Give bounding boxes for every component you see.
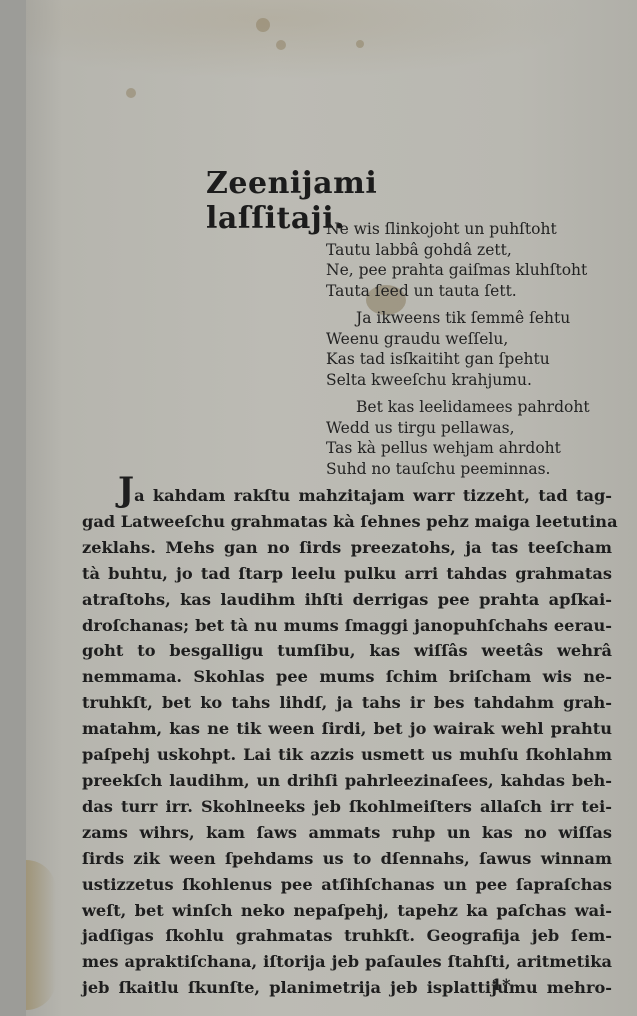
poem-line: Tauta ſeed un tauta ſett.	[326, 281, 626, 302]
body-line: goht to besgalligu tumſibu, kas wiſſâs w…	[82, 638, 612, 664]
poem-stanza-2: Ja ikweens tik ſemmê ſehtu Weenu graudu …	[326, 308, 626, 390]
printer-signature-mark: 1*	[491, 975, 511, 994]
body-line: weſt, bet winſch neko nepaſpehj, tapehz …	[82, 898, 612, 924]
poem-line: Wedd us tirgu pellawas,	[326, 418, 626, 439]
body-paragraph: Ja kahdam rakſtu mahzitajam warr tizzeht…	[82, 480, 612, 1001]
body-line: atraſtohs, kas laudihm ihſti derrigas pe…	[82, 587, 612, 613]
body-line: ustizzetus ſkohlenus pee atſihſchanas un…	[82, 872, 612, 898]
body-line: tà buhtu, jo tad ſtarp leelu pulku arri …	[82, 561, 612, 587]
body-line: das turr irr. Skohlneeks jeb ſkohlmeiſte…	[82, 794, 612, 820]
body-line: truhkſt, bet ko tahs lihdſ, ja tahs ir b…	[82, 690, 612, 716]
body-line: preekſch laudihm, un drihſi pahrleezinaſ…	[82, 768, 612, 794]
poem-line: Ja ikweens tik ſemmê ſehtu	[326, 308, 626, 329]
drop-cap: J	[118, 470, 134, 510]
poem-line: Ne wis ſlinkojoht un puhſtoht	[326, 219, 626, 240]
poem-line: Ne, pee prahta gaiſmas kluhſtoht	[326, 260, 626, 281]
body-line: ſirds zik ween ſpehdams us to dſennahs, …	[82, 846, 612, 872]
poem-line: Bet kas leelidamees pahrdoht	[326, 397, 626, 418]
poem-stanza-1: Ne wis ſlinkojoht un puhſtoht Tautu labb…	[326, 219, 626, 301]
poem-line: Tautu labbâ gohdâ zett,	[326, 240, 626, 261]
body-line: zeklahs. Mehs gan no ſirds preezatohs, j…	[82, 535, 612, 561]
body-line: nemmama. Skohlas pee mums ſchim briſcham…	[82, 664, 612, 690]
body-line: matahm, kas ne tik ween ſirdi, bet jo wa…	[82, 716, 612, 742]
body-line: jeb ſkaitlu ſkunſte, planimetrija jeb is…	[82, 975, 612, 1001]
poem-line: Tas kà pellus wehjam ahrdoht	[326, 438, 626, 459]
body-line: droſchanas; bet tà nu mums ſmaggi janopu…	[82, 613, 612, 639]
poem-line: Suhd no tauſchu peeminnas.	[326, 459, 626, 480]
poem-stanza-3: Bet kas leelidamees pahrdoht Wedd us tir…	[326, 397, 626, 479]
body-line: paſpehj uskohpt. Lai tik azzis usmett us…	[82, 742, 612, 768]
body-line: jadſigas ſkohlu grahmatas truhkſt. Geogr…	[82, 923, 612, 949]
body-line: zams wihrs, kam ſaws ammats ruhp un kas …	[82, 820, 612, 846]
book-page: Zeenijami laſſitaji. Ne wis ſlinkojoht u…	[26, 0, 637, 1016]
foxing-spot	[126, 88, 136, 98]
poem-line: Kas tad isſkaitiht gan ſpehtu	[326, 349, 626, 370]
edge-stain	[26, 860, 56, 1010]
poem-line: Selta kweeſchu krahjumu.	[326, 370, 626, 391]
body-line-text: a kahdam rakſtu mahzitajam warr tizzeht,…	[134, 486, 612, 505]
poem-line: Weenu graudu weſſelu,	[326, 329, 626, 350]
body-line: Ja kahdam rakſtu mahzitajam warr tizzeht…	[82, 480, 612, 509]
foxing-spot	[276, 40, 286, 50]
foxing-spot	[356, 40, 364, 48]
epigraph-poem: Ne wis ſlinkojoht un puhſtoht Tautu labb…	[326, 219, 626, 486]
body-line: gad Latweeſchu grahmatas kà ſehnes pehz …	[82, 509, 612, 535]
body-line: mes apraktiſchana, iſtorija jeb paſaules…	[82, 949, 612, 975]
foxing-spot	[256, 18, 270, 32]
